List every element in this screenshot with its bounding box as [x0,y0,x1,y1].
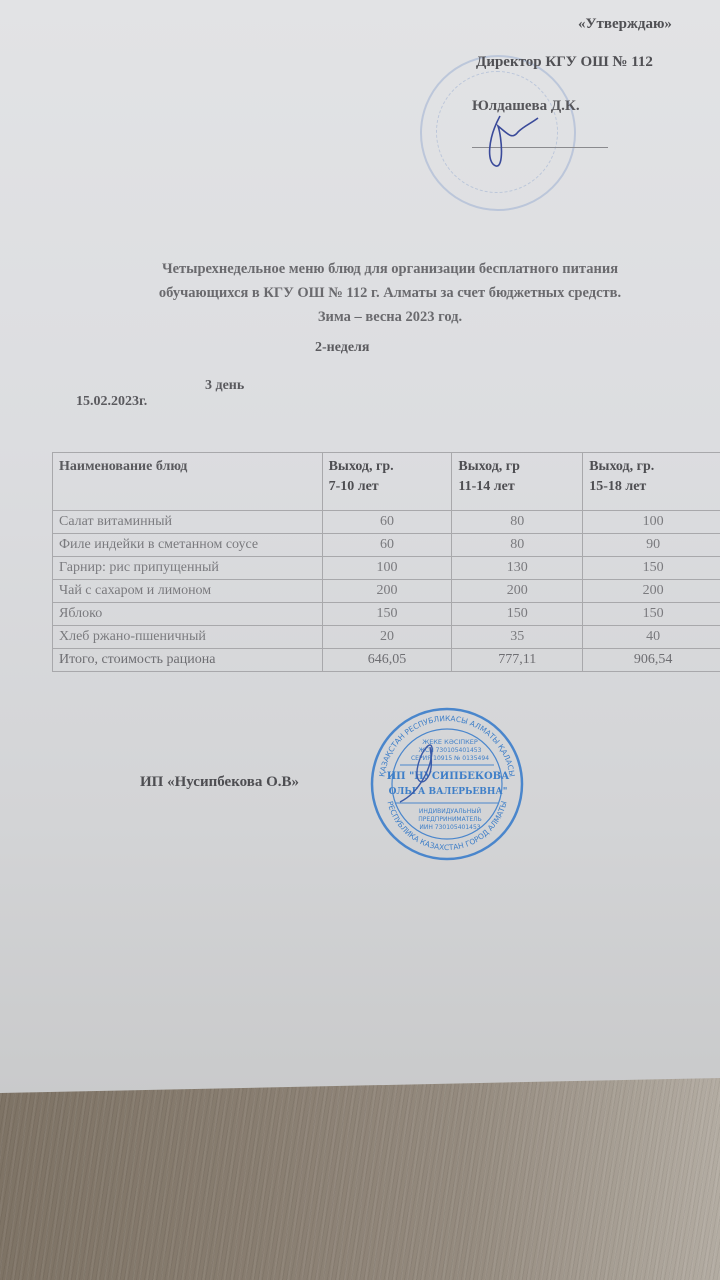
yield-15-18: 150 [583,603,720,626]
header-dish-name: Наименование блюд [53,453,323,511]
table-total-row: Итого, стоимость рациона 646,05 777,11 9… [53,649,720,672]
supplier-name: ИП «Нусипбекова О.В» [140,774,299,791]
yield-7-10: 200 [322,580,452,603]
table-header-row: Наименование блюд Выход, гр. 7-10 лет Вы… [53,453,720,511]
yield-7-10: 20 [322,626,452,649]
director-title: Директор КГУ ОШ № 112 [476,54,653,71]
yield-7-10: 60 [322,534,452,557]
title-line-1: Четырехнедельное меню блюд для организац… [60,257,720,281]
table-row: Яблоко 150 150 150 [53,603,720,626]
dish-name: Филе индейки в сметанном соусе [53,534,323,557]
week-label: 2-неделя [315,340,369,356]
total-cost-11-14: 777,11 [452,649,583,672]
dish-name: Яблоко [53,603,323,626]
header-yield-11-14: Выход, гр 11-14 лет [452,453,583,511]
menu-table: Наименование блюд Выход, гр. 7-10 лет Вы… [52,452,720,672]
yield-11-14: 150 [452,603,583,626]
title-line-3: Зима – весна 2023 год. [60,305,720,329]
yield-7-10: 100 [322,557,452,580]
title-line-2: обучающихся в КГУ ОШ № 112 г. Алматы за … [60,281,720,305]
dish-name: Салат витаминный [53,511,323,534]
yield-15-18: 40 [583,626,720,649]
table-row: Салат витаминный 60 80 100 [53,511,720,534]
yield-15-18: 150 [583,557,720,580]
dish-name: Чай с сахаром и лимоном [53,580,323,603]
stamp-line-5: ПРЕДПРИНИМАТЕЛЬ [418,816,482,823]
total-cost-15-18: 906,54 [583,649,720,672]
table-row: Гарнир: рис припущенный 100 130 150 [53,557,720,580]
yield-7-10: 150 [322,603,452,626]
stamp-name-2: ОЛЬГА ВАЛЕРЬЕВНА" [389,787,508,797]
stamp-line-2: ЖСН 730105401453 [419,747,482,754]
yield-15-18: 200 [583,580,720,603]
yield-11-14: 130 [452,557,583,580]
document-page: «Утверждаю» Директор КГУ ОШ № 112 Юлдаше… [0,0,720,1095]
dish-name: Хлеб ржано-пшеничный [53,626,323,649]
day-label: 3 день [205,378,244,394]
date-label: 15.02.2023г. [76,394,147,410]
total-cost-7-10: 646,05 [322,649,452,672]
stamp-line-3: СЕРИЯ 10915 № 0135494 [411,755,489,762]
table-row: Хлеб ржано-пшеничный 20 35 40 [53,626,720,649]
yield-7-10: 60 [322,511,452,534]
yield-11-14: 35 [452,626,583,649]
stamp-line-6: ИИН 730105401453 [419,824,480,831]
director-signature-icon [478,108,548,178]
stamp-line-4: ИНДИВИДУАЛЬНЫЙ [419,808,481,815]
approval-label: «Утверждаю» [578,16,672,33]
supplier-stamp-icon: ҚАЗАҚСТАН РЕСПУБЛИКАСЫ АЛМАТЫ ҚАЛАСЫ РЕС… [370,707,524,861]
header-yield-15-18: Выход, гр. 15-18 лет [583,453,720,511]
yield-11-14: 200 [452,580,583,603]
yield-15-18: 90 [583,534,720,557]
table-row: Чай с сахаром и лимоном 200 200 200 [53,580,720,603]
total-label: Итого, стоимость рациона [53,649,323,672]
dish-name: Гарнир: рис припущенный [53,557,323,580]
table-row: Филе индейки в сметанном соусе 60 80 90 [53,534,720,557]
document-title: Четырехнедельное меню блюд для организац… [60,257,720,329]
yield-11-14: 80 [452,511,583,534]
yield-15-18: 100 [583,511,720,534]
stamp-name-1: ИП "НУСИПБЕКОВА [387,771,510,782]
header-yield-7-10: Выход, гр. 7-10 лет [322,453,452,511]
yield-11-14: 80 [452,534,583,557]
